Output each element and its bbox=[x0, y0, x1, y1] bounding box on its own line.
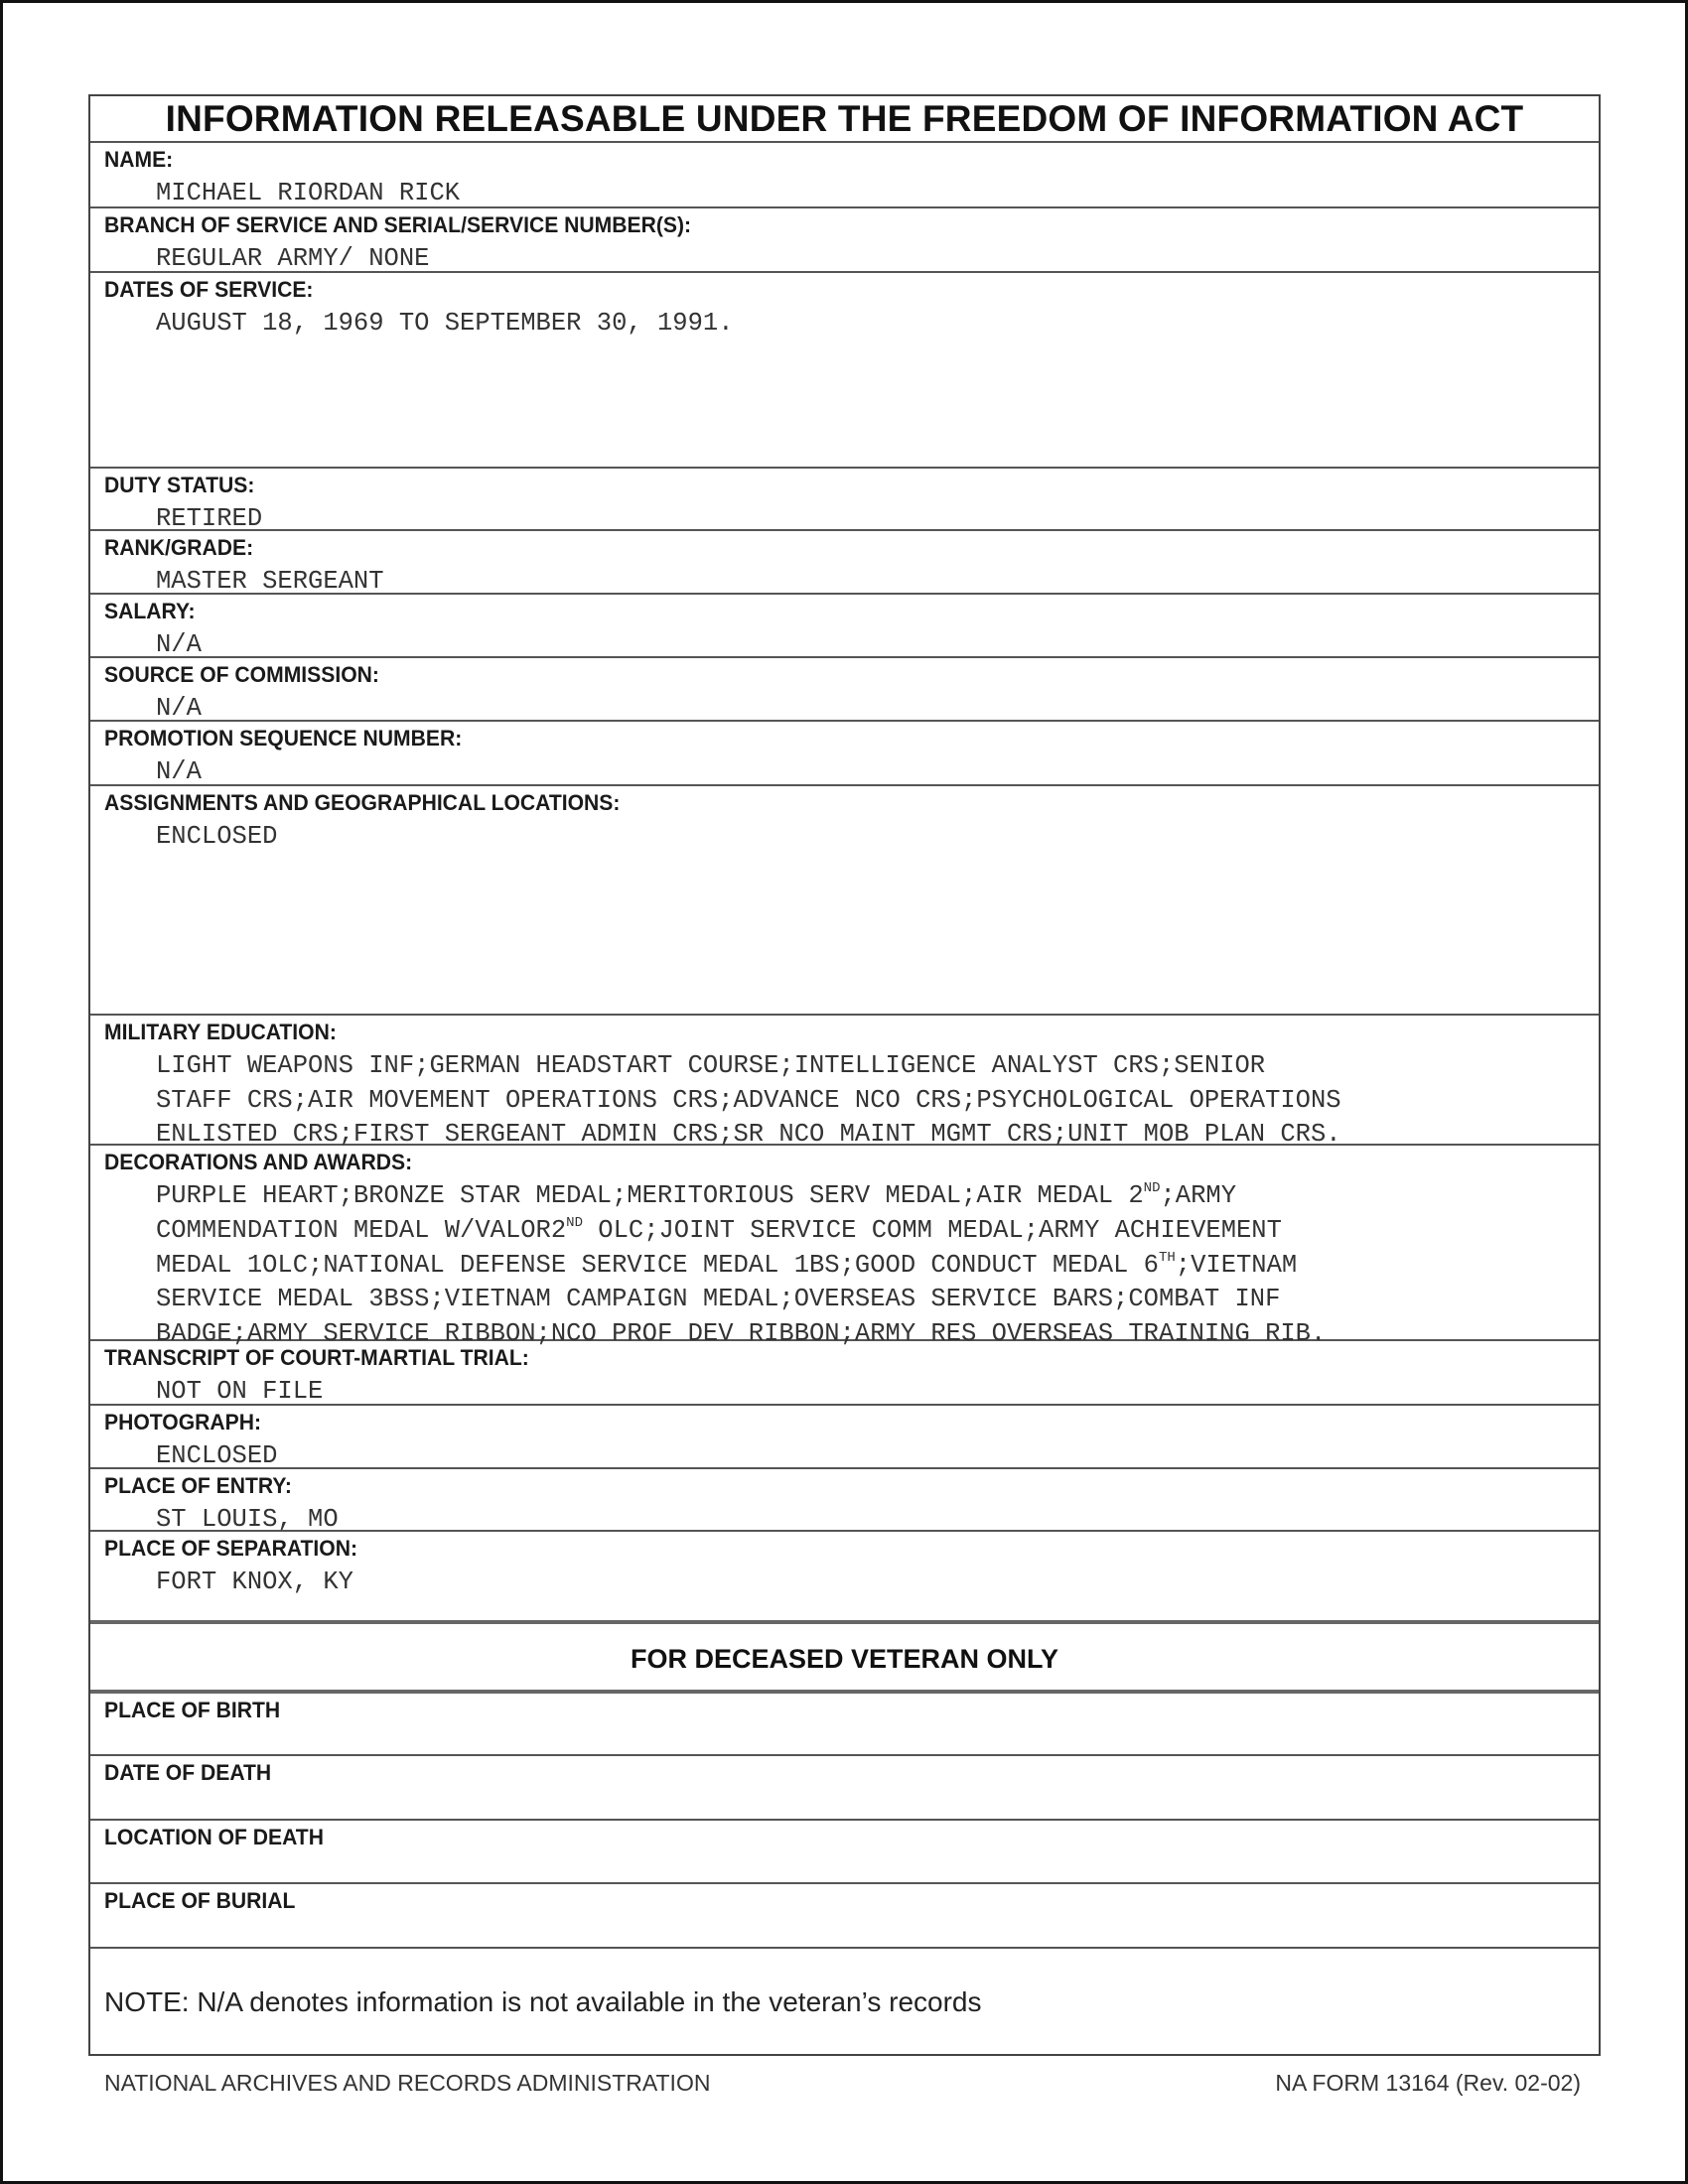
value-line: STAFF CRS;AIR MOVEMENT OPERATIONS CRS;AD… bbox=[156, 1084, 1587, 1119]
field-place-of-birth: PLACE OF BIRTH bbox=[90, 1694, 1599, 1756]
field-assignments: ASSIGNMENTS AND GEOGRAPHICAL LOCATIONS: … bbox=[90, 786, 1599, 1016]
field-court-martial-transcript: TRANSCRIPT OF COURT-MARTIAL TRIAL: NOT O… bbox=[90, 1341, 1599, 1406]
field-label: DUTY STATUS: bbox=[104, 473, 254, 498]
na-note: NOTE: N/A denotes information is not ava… bbox=[104, 1986, 982, 2018]
field-value: FORT KNOX, KY bbox=[156, 1566, 1587, 1600]
field-value: MICHAEL RIORDAN RICK bbox=[156, 177, 1587, 211]
form-number: NA FORM 13164 (Rev. 02-02) bbox=[1275, 2070, 1581, 2097]
value-line: MEDAL 1OLC;NATIONAL DEFENSE SERVICE MEDA… bbox=[156, 1249, 1587, 1284]
field-label: RANK/GRADE: bbox=[104, 535, 253, 561]
value-line: PURPLE HEART;BRONZE STAR MEDAL;MERITORIO… bbox=[156, 1179, 1587, 1214]
value-line: SERVICE MEDAL 3BSS;VIETNAM CAMPAIGN MEDA… bbox=[156, 1283, 1587, 1317]
field-label: SOURCE OF COMMISSION: bbox=[104, 662, 379, 688]
field-value: NOT ON FILE bbox=[156, 1375, 1587, 1410]
field-label: ASSIGNMENTS AND GEOGRAPHICAL LOCATIONS: bbox=[104, 790, 620, 816]
field-rank-grade: RANK/GRADE: MASTER SERGEANT bbox=[90, 531, 1599, 595]
field-dates-of-service: DATES OF SERVICE: AUGUST 18, 1969 TO SEP… bbox=[90, 273, 1599, 469]
field-value: AUGUST 18, 1969 TO SEPTEMBER 30, 1991. bbox=[156, 307, 1587, 341]
field-military-education: MILITARY EDUCATION: LIGHT WEAPONS INF;GE… bbox=[90, 1016, 1599, 1146]
field-label: LOCATION OF DEATH bbox=[104, 1825, 324, 1850]
field-label: DATES OF SERVICE: bbox=[104, 277, 313, 303]
value-line: LIGHT WEAPONS INF;GERMAN HEADSTART COURS… bbox=[156, 1049, 1587, 1084]
field-value-lines: PURPLE HEART;BRONZE STAR MEDAL;MERITORIO… bbox=[156, 1179, 1587, 1352]
field-place-of-entry: PLACE OF ENTRY: ST LOUIS, MO bbox=[90, 1469, 1599, 1532]
field-label: MILITARY EDUCATION: bbox=[104, 1020, 337, 1045]
field-value: REGULAR ARMY/ NONE bbox=[156, 242, 1587, 277]
deceased-section-title: FOR DECEASED VETERAN ONLY bbox=[90, 1624, 1599, 1694]
field-name: NAME: MICHAEL RIORDAN RICK bbox=[90, 143, 1599, 208]
value-line: COMMENDATION MEDAL W/VALOR2ND OLC;JOINT … bbox=[156, 1214, 1587, 1249]
field-place-of-burial: PLACE OF BURIAL bbox=[90, 1884, 1599, 1949]
field-label: DECORATIONS AND AWARDS: bbox=[104, 1150, 412, 1175]
field-value-lines: LIGHT WEAPONS INF;GERMAN HEADSTART COURS… bbox=[156, 1049, 1587, 1153]
field-value: N/A bbox=[156, 755, 1587, 790]
field-label: PLACE OF SEPARATION: bbox=[104, 1536, 357, 1562]
field-decorations-and-awards: DECORATIONS AND AWARDS: PURPLE HEART;BRO… bbox=[90, 1146, 1599, 1341]
field-label: PLACE OF ENTRY: bbox=[104, 1473, 292, 1499]
agency-name: NATIONAL ARCHIVES AND RECORDS ADMINISTRA… bbox=[104, 2070, 710, 2097]
field-label: NAME: bbox=[104, 147, 173, 173]
field-location-of-death: LOCATION OF DEATH bbox=[90, 1821, 1599, 1884]
field-source-of-commission: SOURCE OF COMMISSION: N/A bbox=[90, 658, 1599, 722]
field-label: DATE OF DEATH bbox=[104, 1760, 271, 1786]
field-label: PROMOTION SEQUENCE NUMBER: bbox=[104, 726, 462, 751]
field-place-of-separation: PLACE OF SEPARATION: FORT KNOX, KY bbox=[90, 1532, 1599, 1624]
field-duty-status: DUTY STATUS: RETIRED bbox=[90, 469, 1599, 531]
form-title: INFORMATION RELEASABLE UNDER THE FREEDOM… bbox=[90, 96, 1599, 142]
field-salary: SALARY: N/A bbox=[90, 595, 1599, 658]
field-label: PLACE OF BURIAL bbox=[104, 1888, 295, 1914]
field-label: SALARY: bbox=[104, 599, 196, 624]
field-label: TRANSCRIPT OF COURT-MARTIAL TRIAL: bbox=[104, 1345, 529, 1371]
field-date-of-death: DATE OF DEATH bbox=[90, 1756, 1599, 1821]
field-photograph: PHOTOGRAPH: ENCLOSED bbox=[90, 1406, 1599, 1469]
field-label: PHOTOGRAPH: bbox=[104, 1410, 261, 1435]
field-promotion-sequence-number: PROMOTION SEQUENCE NUMBER: N/A bbox=[90, 722, 1599, 786]
deceased-section-header: FOR DECEASED VETERAN ONLY bbox=[90, 1624, 1599, 1694]
foia-form: INFORMATION RELEASABLE UNDER THE FREEDOM… bbox=[88, 94, 1601, 2056]
field-label: BRANCH OF SERVICE AND SERIAL/SERVICE NUM… bbox=[104, 212, 691, 238]
field-branch-of-service: BRANCH OF SERVICE AND SERIAL/SERVICE NUM… bbox=[90, 208, 1599, 273]
note-row: NOTE: N/A denotes information is not ava… bbox=[90, 1949, 1599, 2056]
form-title-row: INFORMATION RELEASABLE UNDER THE FREEDOM… bbox=[90, 96, 1599, 143]
field-label: PLACE OF BIRTH bbox=[104, 1698, 280, 1723]
field-value: ENCLOSED bbox=[156, 820, 1587, 855]
